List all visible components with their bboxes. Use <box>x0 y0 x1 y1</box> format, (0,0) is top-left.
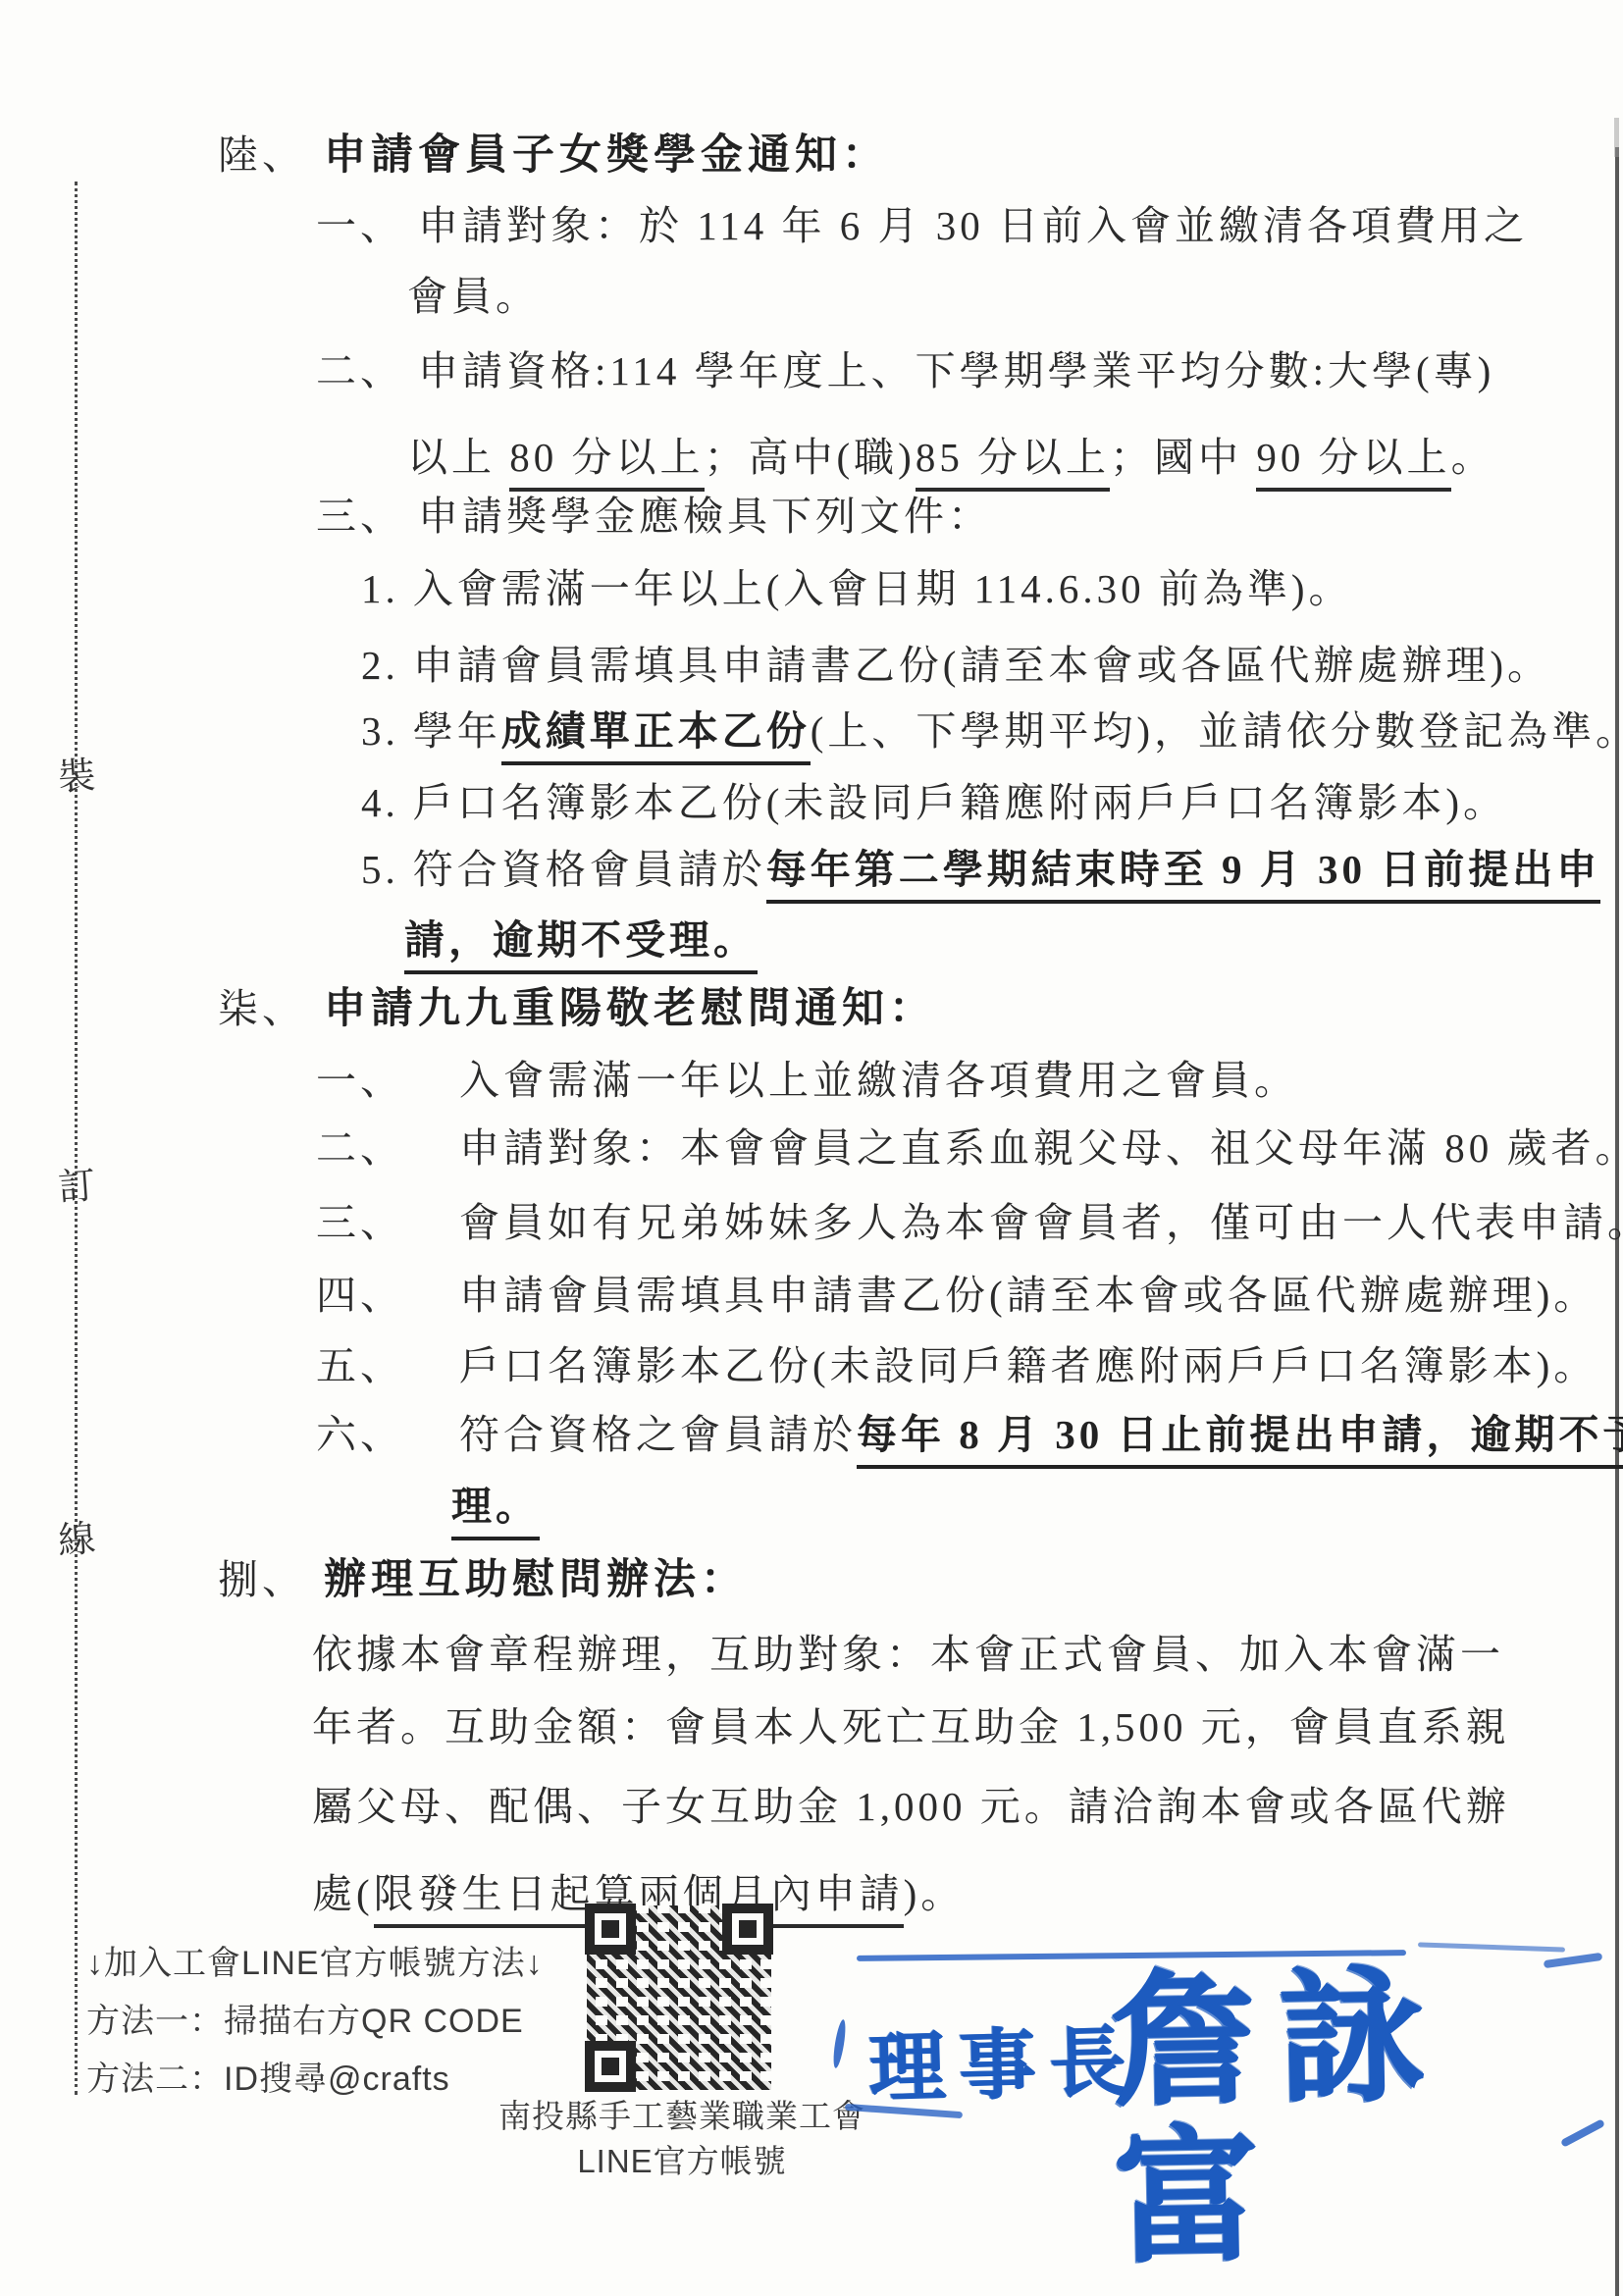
underlined-score-85: 85 分以上 <box>916 430 1110 492</box>
section-7-number: 柒、 <box>218 981 306 1036</box>
line-join-title: ↓加入工會LINE官方帳號方法↓ <box>86 1935 544 1993</box>
section-7-title: 申請九九重陽敬老慰問通知： <box>324 986 936 1032</box>
paragraph-text: 處( <box>312 1871 374 1916</box>
doc-item-1: 1.入會需滿一年以上(入會日期 114.6.30 前為準)。 <box>361 561 1353 616</box>
doc-item-5: 5.符合資格會員請於每年第二學期結束時至 9 月 30 日前提出申 <box>361 842 1600 904</box>
mutual-aid-paragraph-line-2: 年者。互助金額：會員本人死亡互助金 1,500 元，會員直系親 <box>312 1699 1510 1754</box>
item-7-4: 四、申請會員需填具申請書乙份(請至本會或各區代辦處辦理)。 <box>316 1268 1597 1323</box>
list-number: 4. <box>361 775 399 830</box>
mutual-aid-paragraph-line-1: 依據本會章程辦理，互助對象：本會正式會員、加入本會滿一 <box>312 1627 1504 1682</box>
item-6-1-cont: 會員。 <box>407 269 540 324</box>
list-number: 5. <box>361 842 399 897</box>
qr-finder-top-left <box>585 1904 636 1955</box>
scanned-union-notice-page: 裝 訂 線 陸、申請會員子女獎學金通知： 一、申請對象：於 114 年 6 月 … <box>0 0 1623 2296</box>
section-8-title: 辦理互助慰問辦法： <box>324 1557 748 1603</box>
bold-underlined-deadline-cont: 請，逾期不受理。 <box>404 913 758 974</box>
paragraph-text: 依據本會章程辦理，互助對象：本會正式會員、加入本會滿一 <box>312 1632 1504 1677</box>
underlined-score-80: 80 分以上 <box>509 430 704 492</box>
item-text: 學年 <box>413 708 501 754</box>
item-number: 六、 <box>316 1407 404 1462</box>
qr-finder-top-right <box>722 1904 773 1955</box>
item-text: 入會需滿一年以上並繳清各項費用之會員。 <box>459 1058 1298 1103</box>
chairman-stamp: 理事長 詹詠富 <box>829 1943 1614 2168</box>
item-text: ；高中(職) <box>705 435 916 480</box>
item-text: 符合資格之會員請於 <box>459 1412 857 1457</box>
item-text: (上、下學期平均)，並請依分數登記為準。 <box>811 708 1623 754</box>
paragraph-text: 年者。互助金額：會員本人死亡互助金 1,500 元，會員直系親 <box>312 1704 1510 1749</box>
item-6-3: 三、申請獎學金應檢具下列文件： <box>316 489 992 544</box>
doc-item-5-cont: 請，逾期不受理。 <box>404 913 758 974</box>
binding-char-ding: 訂 <box>53 1155 100 1212</box>
line-qr-code <box>587 1905 771 2090</box>
item-7-6-cont: 理。 <box>451 1479 540 1540</box>
bold-underlined-transcript: 成績單正本乙份 <box>501 704 811 765</box>
item-7-2: 二、申請對象：本會會員之直系血親父母、祖父母年滿 80 歲者。 <box>316 1121 1623 1175</box>
bold-underlined-deadline-aug-cont: 理。 <box>451 1479 540 1540</box>
item-text: 申請資格:114 學年度上、下學期學業平均分數:大學(專) <box>418 348 1494 393</box>
item-text: 會員如有兄弟姊妹多人為本會會員者，僅可由一人代表申請。 <box>459 1200 1623 1245</box>
binding-char-xian: 線 <box>53 1508 100 1565</box>
item-text: ；國中 <box>1110 435 1256 480</box>
qr-finder-bottom-left <box>585 2041 636 2092</box>
stamp-chairman-name: 詹詠富 <box>1109 1957 1617 2279</box>
stamp-title-chairman: 理事長 <box>867 2000 1141 2116</box>
item-text: 申請獎學金應檢具下列文件： <box>418 494 992 539</box>
item-7-6: 六、符合資格之會員請於每年 8 月 30 日止前提出申請，逾期不予受 <box>316 1407 1623 1469</box>
item-number: 三、 <box>316 489 404 544</box>
item-text: 申請對象：本會會員之直系血親父母、祖父母年滿 80 歲者。 <box>459 1125 1623 1171</box>
list-number: 3. <box>361 704 399 758</box>
section-8-heading: 捌、辦理互助慰問辦法： <box>218 1552 748 1608</box>
item-7-1: 一、入會需滿一年以上並繳清各項費用之會員。 <box>316 1053 1298 1108</box>
item-text: 入會需滿一年以上(入會日期 114.6.30 前為準)。 <box>413 566 1353 611</box>
line-join-method-1: 方法一：掃描右方QR CODE <box>86 1993 544 2051</box>
binding-dotted-line <box>75 182 78 2095</box>
item-6-2: 二、申請資格:114 學年度上、下學期學業平均分數:大學(專) <box>316 343 1494 398</box>
mutual-aid-paragraph-line-3: 屬父母、配偶、子女互助金 1,000 元。請洽詢本會或各區代辦 <box>312 1779 1510 1834</box>
doc-item-4: 4.戶口名簿影本乙份(未設同戶籍應附兩戶戶口名簿影本)。 <box>361 775 1507 830</box>
stamp-edge-mark <box>1418 1942 1565 1952</box>
item-text: 申請對象：於 114 年 6 月 30 日前入會並繳清各項費用之 <box>418 203 1528 248</box>
item-text: 戶口名簿影本乙份(未設同戶籍應附兩戶戶口名簿影本)。 <box>413 780 1507 825</box>
item-6-2-cont: 以上 80 分以上；高中(職)85 分以上；國中 90 分以上。 <box>407 430 1495 492</box>
section-6-heading: 陸、申請會員子女獎學金通知： <box>218 128 889 183</box>
binding-char-zhuang: 裝 <box>53 745 100 802</box>
paragraph-text: )。 <box>904 1871 966 1916</box>
item-7-5: 五、戶口名簿影本乙份(未設同戶籍者應附兩戶戶口名簿影本)。 <box>316 1338 1597 1393</box>
section-6-number: 陸、 <box>218 128 306 183</box>
line-join-method-2: 方法二：ID搜尋@crafts <box>86 2051 544 2109</box>
item-number: 五、 <box>316 1338 404 1393</box>
qr-caption-line-account: LINE官方帳號 <box>491 2139 873 2184</box>
section-6-title: 申請會員子女獎學金通知： <box>324 132 889 179</box>
item-number: 一、 <box>316 198 404 253</box>
item-text: 會員。 <box>407 274 540 319</box>
item-text: 以上 <box>407 435 509 480</box>
doc-item-3: 3.學年成績單正本乙份(上、下學期平均)，並請依分數登記為準。 <box>361 704 1623 765</box>
item-7-3: 三、會員如有兄弟姊妹多人為本會會員者，僅可由一人代表申請。 <box>316 1195 1623 1250</box>
qr-caption: 南投縣手工藝業職業工會 LINE官方帳號 <box>491 2094 873 2184</box>
item-text: 符合資格會員請於 <box>413 847 766 892</box>
line-join-instructions: ↓加入工會LINE官方帳號方法↓ 方法一：掃描右方QR CODE 方法二：ID搜… <box>86 1935 544 2109</box>
section-8-number: 捌、 <box>218 1552 306 1607</box>
scan-edge-artifact-fade <box>1614 118 1619 157</box>
item-6-1: 一、申請對象：於 114 年 6 月 30 日前入會並繳清各項費用之 <box>316 198 1528 253</box>
item-number: 四、 <box>316 1268 404 1323</box>
list-number: 2. <box>361 638 399 693</box>
qr-caption-union-name: 南投縣手工藝業職業工會 <box>491 2094 873 2139</box>
section-7-heading: 柒、申請九九重陽敬老慰問通知： <box>218 981 936 1037</box>
item-text: 申請會員需填具申請書乙份(請至本會或各區代辦處辦理)。 <box>413 643 1551 688</box>
underlined-score-90: 90 分以上 <box>1256 430 1450 492</box>
bold-underlined-deadline: 每年第二學期結束時至 9 月 30 日前提出申 <box>766 842 1601 904</box>
item-number: 二、 <box>316 343 404 398</box>
stamp-edge-mark <box>831 2019 848 2069</box>
item-number: 三、 <box>316 1195 404 1250</box>
bold-underlined-deadline-aug: 每年 8 月 30 日止前提出申請，逾期不予受 <box>857 1407 1623 1469</box>
item-number: 一、 <box>316 1053 404 1108</box>
item-number: 二、 <box>316 1121 404 1175</box>
doc-item-2: 2.申請會員需填具申請書乙份(請至本會或各區代辦處辦理)。 <box>361 638 1551 693</box>
item-text: 。 <box>1451 435 1495 480</box>
paragraph-text: 屬父母、配偶、子女互助金 1,000 元。請洽詢本會或各區代辦 <box>312 1784 1510 1829</box>
item-text: 申請會員需填具申請書乙份(請至本會或各區代辦處辦理)。 <box>459 1273 1597 1318</box>
list-number: 1. <box>361 561 399 616</box>
item-text: 戶口名簿影本乙份(未設同戶籍者應附兩戶戶口名簿影本)。 <box>459 1343 1597 1388</box>
